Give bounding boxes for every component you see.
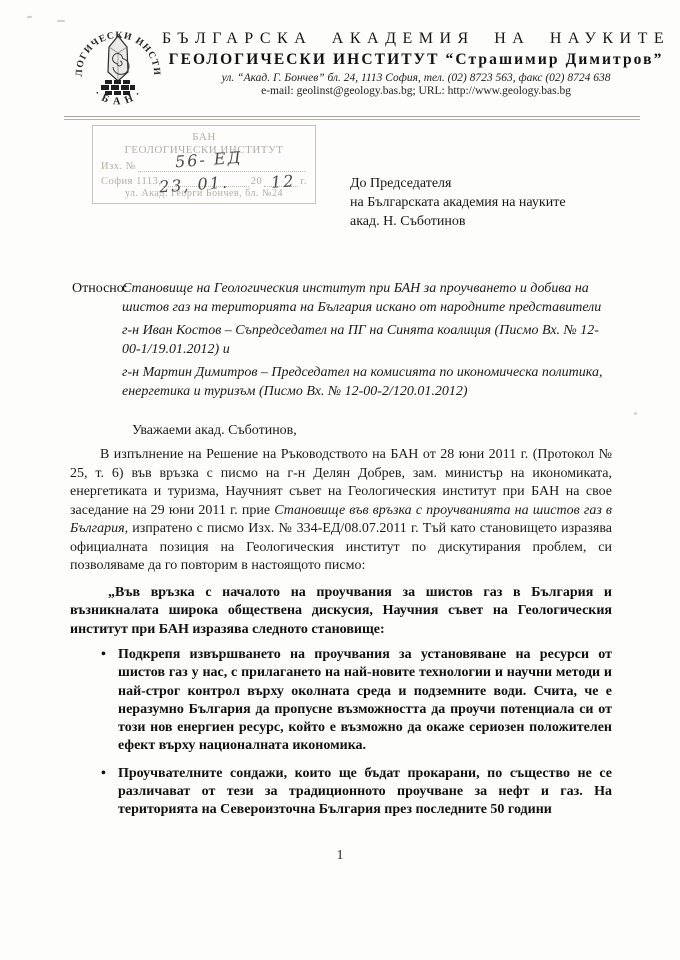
academy-name: БЪЛГАРСКА АКАДЕМИЯ НА НАУКИТЕ (162, 30, 670, 48)
subject-section: Относно: Становище на Геологическия инст… (72, 280, 614, 401)
institute-name: ГЕОЛОГИЧЕСКИ ИНСТИТУТ “Страшимир Димитро… (162, 51, 670, 69)
letterhead: ГЕОЛОГИЧЕСКИ ИНСТИТУТ · Б А Н · (0, 0, 680, 112)
statement-bullet: Подкрепя извършването на проучвания за у… (118, 646, 612, 756)
registry-stamp: БАН ГЕОЛОГИЧЕСКИ ИНСТИТУТ Изх. № София 1… (92, 125, 316, 204)
scanned-letter-page: ГЕОЛОГИЧЕСКИ ИНСТИТУТ · Б А Н · (0, 0, 680, 960)
page-number: 1 (0, 848, 680, 864)
addressee-line: До Председателя (350, 174, 566, 193)
addressee-block: До Председателя на Българската академия … (350, 174, 566, 231)
subject-paragraph: г-н Иван Костов – Съпредседател на ПГ на… (122, 322, 614, 359)
statement-bullet: Проучвателните сондажи, които ще бъдат п… (118, 765, 612, 820)
handwritten-year: 12 (270, 171, 296, 192)
addressee-line: акад. Н. Съботинов (350, 212, 566, 231)
subject-body: Становище на Геологическия институт при … (122, 280, 614, 401)
scan-speck (634, 412, 637, 415)
stamp-org: БАН (93, 131, 315, 144)
body-paragraph-1: В изпълнение на Решение на Ръководството… (70, 446, 612, 576)
stamp-year-suffix: г. (300, 176, 307, 187)
quoted-statement-intro: „Във връзка с началото на проучвания за … (70, 584, 612, 640)
stamp-outgoing-label: Изх. № (101, 161, 136, 172)
institute-contacts: e-mail: geolinst@geology.bas.bg; URL: ht… (162, 85, 670, 97)
stamp-city-label: София 1113, (101, 176, 161, 187)
subject-paragraph: Становище на Геологическия институт при … (122, 280, 614, 317)
salutation: Уважаеми акад. Съботинов, (70, 423, 612, 439)
letterhead-text: БЪЛГАРСКА АКАДЕМИЯ НА НАУКИТЕ ГЕОЛОГИЧЕС… (162, 24, 670, 97)
subject-paragraph: г-н Мартин Димитров – Председател на ком… (122, 364, 614, 401)
scan-speck (57, 20, 65, 22)
stamp-year-prefix: 20 (251, 176, 263, 187)
body-paragraph-1-text: , изпратено с писмо Изх. № 334-ЕД/08.07.… (70, 521, 612, 573)
crystal-emblem-icon (101, 36, 135, 95)
addressee-line: на Българската академия на науките (350, 193, 566, 212)
stamp-and-addressee-zone: БАН ГЕОЛОГИЧЕСКИ ИНСТИТУТ Изх. № София 1… (0, 120, 680, 266)
institute-address: ул. “Акад. Г. Бончев” бл. 24, 1113 София… (162, 72, 670, 84)
subject-label: Относно: (72, 280, 128, 299)
seal-icon: ГЕОЛОГИЧЕСКИ ИНСТИТУТ · Б А Н · (74, 24, 162, 112)
statement-bullet-list: Подкрепя извършването на проучвания за у… (70, 646, 612, 820)
institute-seal-logo: ГЕОЛОГИЧЕСКИ ИНСТИТУТ · Б А Н · (74, 24, 162, 112)
